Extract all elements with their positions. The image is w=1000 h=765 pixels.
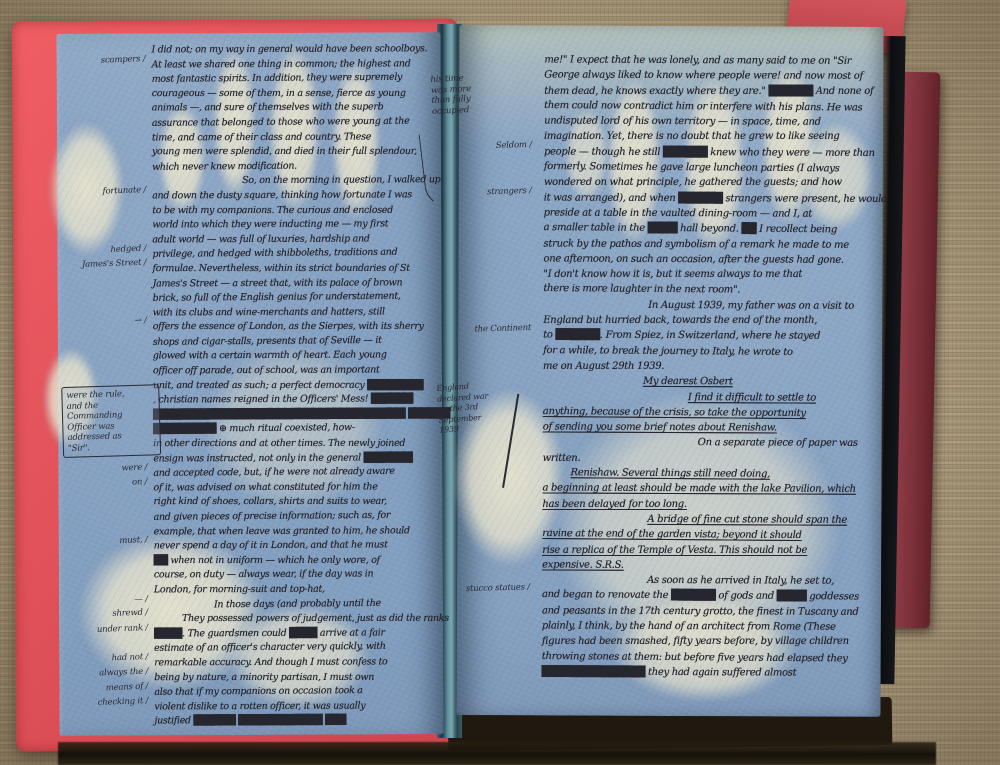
handwriting-text: ██ when not in uniform — which he only w…	[154, 555, 380, 566]
manuscript-line: of sending you some brief notes about Re…	[458, 419, 882, 436]
manuscript-line: me!" I expect that he was lonely, and as…	[459, 52, 883, 69]
handwriting-text: privilege, and hedged with shibboleths, …	[152, 247, 397, 260]
manuscript-line: On a separate piece of paper was	[458, 434, 882, 451]
manuscript-line: young men were splendid, and died in the…	[57, 145, 441, 160]
handwriting-text: a smaller table in the ████ hall beyond.…	[544, 222, 837, 235]
handwriting-text: people — though he still ██████ knew who…	[544, 146, 875, 158]
manuscript-text-left: I did not; on my way in general would ha…	[56, 32, 443, 736]
handwriting-text: ████████████████████████████████████ ███…	[153, 408, 450, 420]
handwriting-text: time, and came of their class and countr…	[152, 131, 371, 143]
manuscript-page-left: I did not; on my way in general would ha…	[56, 32, 443, 736]
manuscript-line: officer off parade, out of school, was a…	[58, 363, 442, 379]
manuscript-line: ██████████████ they had again suffered a…	[457, 664, 881, 681]
margin-note: were /	[62, 464, 147, 477]
handwriting-text: right kind of shoes, collars, shirts and…	[154, 496, 387, 507]
handwriting-text: animals —, and sure of themselves with t…	[152, 102, 384, 114]
manuscript-line: George always liked to know where people…	[459, 67, 883, 84]
margin-note: → /	[62, 317, 147, 329]
manuscript-line: one afternoon, on such an occasion, afte…	[458, 251, 882, 268]
handwriting-text: world into which they were inducting me …	[152, 219, 388, 231]
manuscript-line: checking it /violent dislike to a rotten…	[59, 699, 443, 715]
handwriting-text: to be with my companions. The curious an…	[152, 204, 393, 215]
manuscript-page-right: me!" I expect that he was lonely, and as…	[456, 25, 883, 717]
handwriting-text: offers the essence of London, as the Sie…	[153, 321, 424, 332]
manuscript-line: most fantastic spirits. In addition, the…	[57, 71, 441, 89]
handwriting-text: brick, so full of the English genius for…	[153, 291, 401, 304]
manuscript-line: on /of it, was advised on what constitut…	[58, 480, 442, 496]
boxed-margin-note: were the rule,and the CommandingOfficer …	[61, 384, 161, 458]
handwriting-text: At least we shared one thing in common; …	[152, 58, 411, 70]
manuscript-line: world into which they were inducting me …	[57, 217, 441, 233]
margin-note: the Continent	[436, 324, 537, 336]
handwriting-text: adult world — was full of luxuries, hard…	[152, 233, 369, 245]
handwriting-text: and given pieces of precise information;…	[154, 510, 391, 523]
manuscript-line: expensive. S.R.S.	[457, 557, 881, 574]
handwriting-text: it was arranged), and when ██████ strang…	[544, 192, 887, 204]
handwriting-text: them dead, he knows exactly where they a…	[544, 86, 873, 97]
handwriting-text: plainly, I think, by the hand of an arch…	[542, 620, 836, 632]
handwriting-text: rise a replica of the Temple of Vesta. T…	[542, 544, 807, 555]
handwriting-text: As soon as he arrived in Italy, he set t…	[647, 575, 834, 587]
manuscript-line: me on August 29th 1939.	[458, 359, 882, 374]
margin-note: stucco statues /	[435, 584, 536, 596]
handwriting-text: shops and cigar-stalls, presents that of…	[153, 335, 382, 348]
manuscript-line: fortunate /and down the dusty square, th…	[57, 188, 441, 204]
handwriting-text: Renishaw. Several things still need doin…	[571, 467, 771, 480]
handwriting-text: written.	[543, 453, 581, 464]
manuscript-line: them dead, he knows exactly where they a…	[459, 84, 883, 99]
handwriting-text: So, on the morning in question, I walked…	[242, 175, 440, 187]
handwriting-text: ████. The guardsmen could ████ arrive at…	[154, 627, 385, 639]
manuscript-line: ravine at the end of the garden vista; b…	[457, 526, 881, 545]
handwriting-text: undisputed lord of his own territory — i…	[544, 116, 821, 128]
handwriting-text: of sending you some brief notes about Re…	[543, 422, 777, 434]
time-margin-note: his timewas morethan fullyoccupied	[430, 71, 508, 117]
war-declared-margin-note: Englanddeclared waron the 3rdSeptember19…	[436, 379, 519, 437]
manuscript-line: courageous — some of them, in a sense, f…	[57, 87, 441, 102]
manuscript-line: figures had been smashed, fifty years be…	[457, 634, 881, 649]
manuscript-line: time, and came of their class and countr…	[57, 130, 441, 146]
manuscript-line: glowed with a certain warmth of heart. E…	[58, 349, 442, 365]
handwriting-text: and began to renovate the ██████ of gods…	[542, 589, 859, 602]
manuscript-line: My dearest Osbert	[458, 373, 882, 390]
handwriting-text: and accepted code, but, if he were not a…	[153, 466, 394, 479]
manuscript-line: James's Street /formulae. Nevertheless, …	[57, 262, 441, 277]
handwriting-text: there is more laughter in the next room"…	[543, 283, 740, 296]
handwriting-text: struck by the pathos and symbolism of a …	[544, 238, 849, 250]
handwriting-text: never spend a day of it in London, and t…	[154, 540, 388, 552]
handwriting-text: with its clubs and wine-merchants and ha…	[153, 306, 385, 318]
manuscript-line: a beginning at least should be made with…	[457, 480, 881, 497]
handwriting-text: expensive. S.R.S.	[542, 559, 624, 570]
handwriting-text: In August 1939, my father was on a visit…	[648, 300, 854, 312]
manuscript-line: ██ when not in uniform — which he only w…	[59, 554, 443, 569]
manuscript-line: In August 1939, my father was on a visit…	[458, 297, 882, 314]
handwriting-text: and peasants in the 17th century grotto,…	[542, 605, 859, 617]
margin-note: must, /	[63, 536, 148, 548]
manuscript-line: to be with my companions. The curious an…	[57, 203, 441, 218]
bottom-shadow-band	[58, 742, 936, 765]
handwriting-text: throwing stones at them: but before five…	[542, 651, 848, 664]
handwriting-text: On a separate piece of paper was	[698, 438, 858, 450]
manuscript-line: has been delayed for too long.	[457, 497, 881, 512]
handwriting-text: ██████████████ they had again suffered a…	[542, 666, 797, 678]
handwriting-text: █████████ ⊕ much ritual coexisted, how-	[153, 423, 355, 436]
handwriting-text: courageous — some of them, in a sense, f…	[152, 88, 406, 99]
manuscript-line: struck by the pathos and symbolism of a …	[459, 236, 883, 253]
handwriting-text: officer off parade, out of school, was a…	[153, 364, 380, 376]
manuscript-line: and peasants in the 17th century grotto,…	[457, 603, 881, 620]
handwriting-text: glowed with a certain warmth of heart. E…	[153, 350, 387, 362]
handwriting-text: assurance that belonged to those who wer…	[152, 116, 410, 129]
handwriting-text: England but hurried back, towards the en…	[543, 315, 817, 326]
margin-note: hedged /	[61, 245, 146, 258]
manuscript-line: written.	[458, 451, 882, 466]
handwriting-text: a beginning at least should be made with…	[542, 483, 855, 495]
manuscript-line: plainly, I think, by the hand of an arch…	[457, 618, 881, 635]
handwriting-text: me on August 29th 1939.	[543, 361, 664, 372]
handwriting-text: course, on duty — always wear, if the da…	[154, 569, 374, 581]
handwriting-text: In those days (and probably until the	[214, 597, 381, 609]
manuscript-line: strangers /it was arranged), and when ██…	[459, 190, 883, 207]
handwriting-text: London, for morning-suit and top-hat,	[154, 584, 325, 596]
handwriting-text: James's Street — a street that, with its…	[153, 277, 403, 289]
handwriting-text: example, that when leave was granted to …	[154, 525, 410, 537]
manuscript-line: rise a replica of the Temple of Vesta. T…	[457, 542, 881, 557]
handwriting-text: ravine at the end of the garden vista; b…	[542, 528, 801, 541]
handwriting-text: preside at a table in the vaulted dining…	[544, 207, 812, 219]
manuscript-line: undisputed lord of his own territory — i…	[459, 113, 883, 130]
handwriting-text: ensign was instructed, not only in the g…	[153, 452, 412, 464]
handwriting-text: justified ██████ ████████████ ███	[154, 715, 346, 727]
handwriting-text: anything, because of the crisis, so take…	[543, 406, 806, 419]
manuscript-line: justified ██████ ████████████ ███	[59, 713, 443, 729]
handwriting-text: one afternoon, on such an occasion, afte…	[543, 253, 843, 265]
handwriting-text: and down the dusty square, thinking how …	[152, 189, 412, 201]
handwriting-text: to ██████. From Spiez, in Switzerland, w…	[543, 330, 820, 342]
handwriting-text: being by nature, a minority partisan, I …	[154, 671, 374, 682]
handwriting-text: most fantastic spirits. In addition, the…	[152, 72, 403, 85]
burlap-table-surface: I did not; on my way in general would ha…	[0, 0, 1000, 765]
handwriting-text: , christian names reigned in the Officer…	[153, 394, 413, 406]
margin-note: shrewd /	[63, 609, 148, 621]
handwriting-text: of it, was advised on what constituted f…	[153, 481, 377, 493]
handwriting-text: "I don't know how it is, but it seems al…	[543, 269, 802, 280]
handwriting-text: for a while, to break the journey to Ita…	[543, 345, 793, 358]
handwriting-text: George always liked to know where people…	[544, 70, 863, 82]
handwriting-text: unit, and treated as such; a perfect dem…	[153, 380, 423, 391]
handwriting-text: also that if my companions on occasion t…	[154, 685, 362, 698]
manuscript-line: → /offers the essence of London, as the …	[58, 320, 442, 335]
handwriting-text: I did not; on my way in general would ha…	[152, 43, 428, 55]
handwriting-text: I find it difficult to settle to	[688, 392, 816, 404]
manuscript-line: for a while, to break the journey to Ita…	[458, 342, 882, 361]
handwriting-text: formulae. Nevertheless, within its stric…	[152, 263, 409, 274]
handwriting-text: figures had been smashed, fifty years be…	[542, 636, 849, 647]
handwriting-text: has been delayed for too long.	[542, 499, 686, 510]
handwriting-text: in other directions and at other times. …	[153, 438, 405, 449]
handwriting-text: them could now contradict him or interfe…	[544, 100, 862, 113]
manuscript-line: must, /never spend a day of it in London…	[59, 538, 443, 554]
handwriting-text: young men were splendid, and died in the…	[152, 146, 417, 157]
manuscript-line: course, on duty — always wear, if the da…	[59, 568, 443, 584]
manuscript-text-right: me!" I expect that he was lonely, and as…	[456, 25, 883, 717]
handwriting-text: violent dislike to a rotten officer, it …	[154, 700, 365, 712]
handwriting-text: me!" I expect that he was lonely, and as…	[544, 54, 851, 66]
handwriting-text: imagination. Yet, there is no doubt that…	[544, 131, 839, 142]
note-line: "Sir".	[68, 441, 156, 454]
handwriting-text: wondered on what principle, he gathered …	[544, 177, 842, 188]
margin-note: James's Street /	[61, 259, 146, 271]
handwriting-text: My dearest Osbert	[643, 376, 733, 387]
handwriting-text: estimate of an officer's character very …	[154, 641, 386, 654]
handwriting-text: formerly. Sometimes he gave large lunche…	[544, 161, 840, 174]
note-line: and the Commanding	[67, 399, 156, 423]
handwriting-text: which never knew modification.	[152, 160, 297, 172]
handwriting-text: remarkable accuracy. And though I must c…	[154, 656, 387, 668]
handwriting-text: They possessed powers of judgement, just…	[182, 613, 449, 624]
handwriting-text: A bridge of fine cut stone should span t…	[647, 514, 847, 526]
